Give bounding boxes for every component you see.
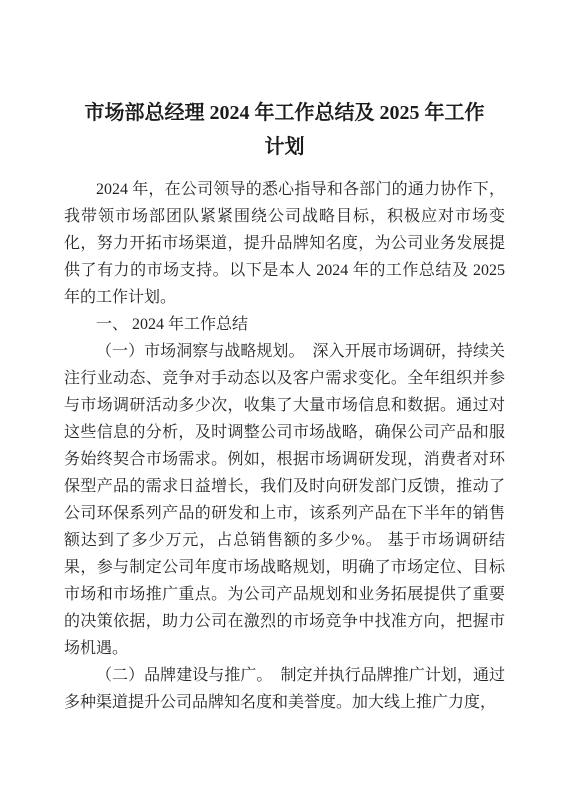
section-heading-2024-work-summary: 一、 2024 年工作总结 bbox=[64, 311, 505, 338]
paragraph-brand-building-promotion: （二）品牌建设与推广。 制定并执行品牌推广计划，通过多种渠道提升公司品牌知名度和… bbox=[64, 662, 505, 716]
document-page: 市场部总经理 2024 年工作总结及 2025 年工作计划 2024 年，在公司… bbox=[0, 0, 570, 807]
paragraph-market-insight-strategy: （一）市场洞察与战略规划。 深入开展市场调研，持续关注行业动态、竞争对手动态以及… bbox=[64, 338, 505, 662]
document-title: 市场部总经理 2024 年工作总结及 2025 年工作计划 bbox=[79, 96, 491, 164]
paragraph-intro: 2024 年，在公司领导的悉心指导和各部门的通力协作下，我带领市场部团队紧紧围绕… bbox=[64, 176, 505, 311]
